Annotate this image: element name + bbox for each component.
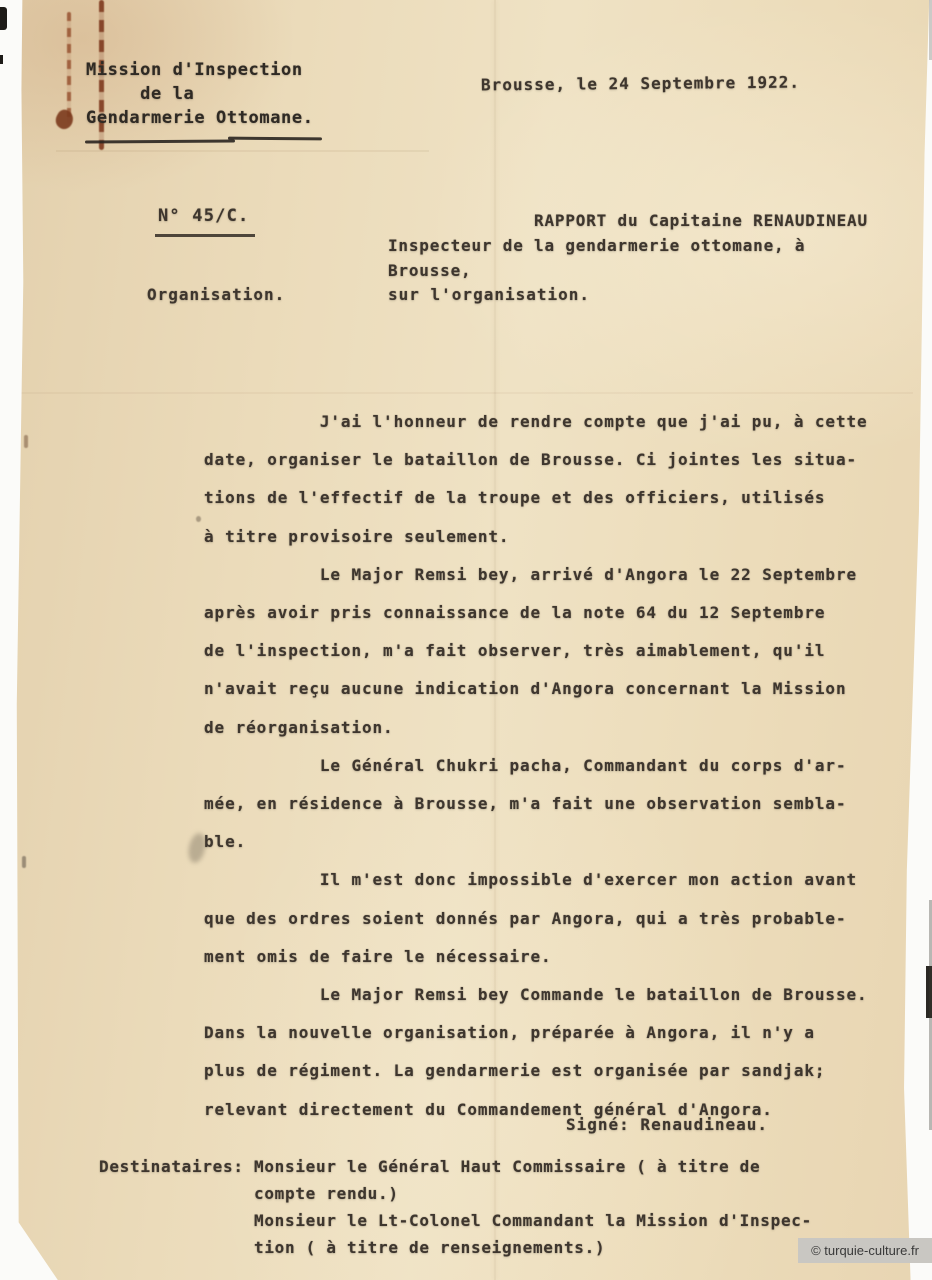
letterhead-underline [228,137,322,141]
report-heading: RAPPORT du Capitaine RENAUDINEAU Inspect… [388,208,868,283]
letterhead: Mission d'Inspection de la Gendarmerie O… [86,58,314,130]
paper-speck [22,856,26,868]
rust-stain [67,12,71,124]
paper-speck [196,516,201,522]
signature-line: Signé: Renaudineau. [566,1115,768,1134]
letter-paper: Mission d'Inspection de la Gendarmerie O… [0,0,932,1280]
reference-number: N° 45/C. [158,206,249,226]
site-watermark: © turquie-culture.fr [798,1238,932,1263]
dateline: Brousse, le 24 Septembre 1922. [481,73,800,95]
subject-label: Organisation. [147,285,285,304]
document-scan: Mission d'Inspection de la Gendarmerie O… [0,0,932,1280]
paper-speck [24,435,28,448]
scanner-edge-mark [0,7,7,30]
rust-stain-blob [53,107,77,132]
letterhead-underline [85,139,235,143]
letter-body: J'ai l'honneur de rendre compte que j'ai… [204,403,868,1129]
scanner-edge-mark [0,55,3,64]
horizontal-fold-line [19,392,914,394]
report-subject: sur l'organisation. [388,285,590,304]
horizontal-fold-line [56,150,429,152]
reference-underline [155,234,255,237]
recipients-block: Destinataires: Monsieur le Général Haut … [99,1153,812,1261]
